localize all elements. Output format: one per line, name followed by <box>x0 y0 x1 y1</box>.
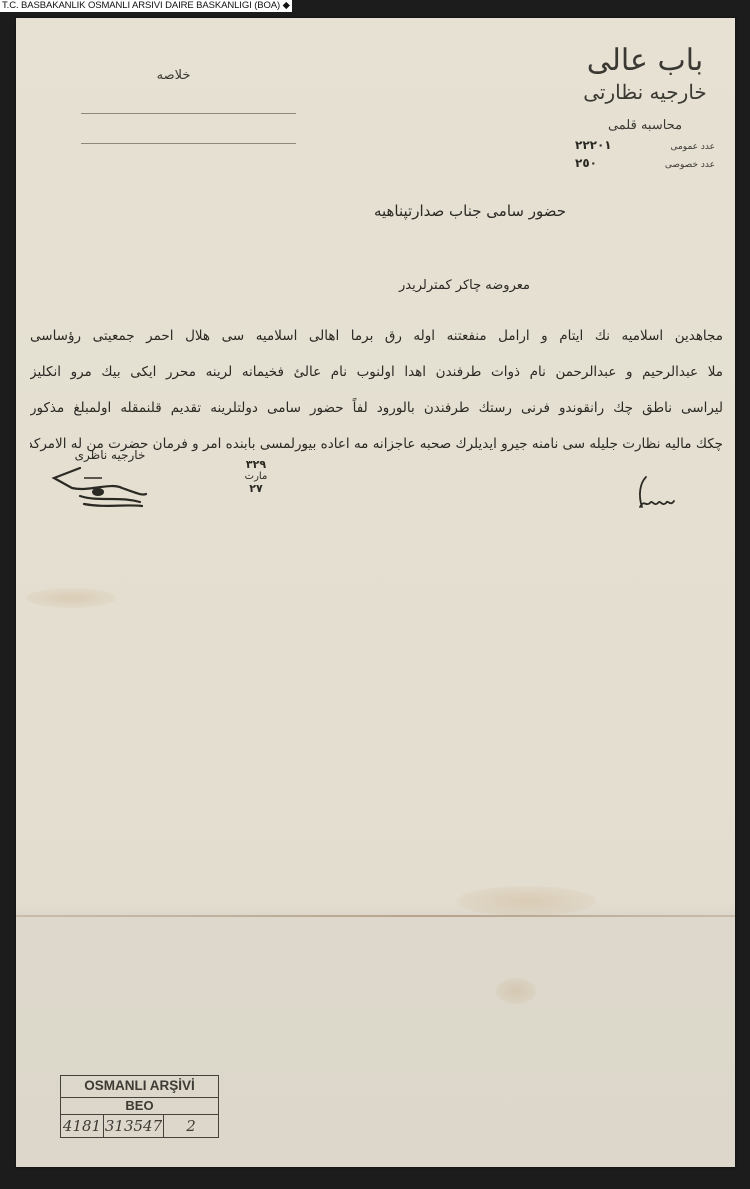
date-block: ٣٢٩ مارت ٢٧ <box>216 458 296 495</box>
document-paper: خلاصه باب عالی خارجیه نظارتی محاسبه قلمی… <box>16 18 735 1167</box>
summary-block: خلاصه <box>81 68 296 144</box>
signature-minister: خارجیه ناظری <box>40 448 160 514</box>
ref-general-value: ٢٢٢٠١ <box>575 138 612 152</box>
summary-line <box>81 143 296 144</box>
letterhead: باب عالی خارجیه نظارتی محاسبه قلمی عدد ع… <box>575 44 715 170</box>
ref-special-value: ٢٥٠ <box>575 156 597 170</box>
body-line: مجاهدین اسلامیه نك ایتام و ارامل منفعتنه… <box>30 318 723 354</box>
summary-line <box>81 113 296 114</box>
letter-body: مجاهدین اسلامیه نك ایتام و ارامل منفعتنه… <box>30 318 723 462</box>
ref-general-row: عدد عمومی ٢٢٢٠١ <box>575 138 715 152</box>
signature-title: خارجیه ناظری <box>60 448 160 462</box>
archive-header-text: T.C. BASBAKANLIK OSMANLI ARSIVI DAIRE BA… <box>2 0 290 11</box>
stamp-page-number: 2 <box>164 1115 218 1137</box>
fold-line <box>16 915 735 917</box>
office-name: محاسبه قلمی <box>575 118 715 134</box>
date-month: مارت <box>216 471 296 482</box>
ref-special-row: عدد خصوصی ٢٥٠ <box>575 156 715 170</box>
archive-header-banner: T.C. BASBAKANLIK OSMANLI ARSIVI DAIRE BA… <box>0 0 292 12</box>
archive-stamp: OSMANLI ARŞİVİ BEO 4181 313547 2 <box>60 1075 219 1138</box>
paper-stain <box>496 978 536 1004</box>
body-line: لیراسی ناطق چك رانقوندو فرنی رستك طرفندن… <box>30 390 723 426</box>
body-line: ملا عبدالرحیم و عبدالرحمن نام ذوات طرفند… <box>30 354 723 390</box>
stamp-folder-number: 4181 <box>61 1115 104 1137</box>
document-scan: T.C. BASBAKANLIK OSMANLI ARSIVI DAIRE BA… <box>0 0 750 1189</box>
salutation-line: معروضه چاکر کمترلریدر <box>399 278 530 293</box>
stamp-fund: BEO <box>61 1098 218 1115</box>
date-day: ٢٧ <box>216 482 296 495</box>
tughra-emblem: باب عالی <box>575 44 715 78</box>
addressee-line: حضور سامی جناب صدارتپناهیه <box>336 202 566 220</box>
paper-stain <box>26 588 116 608</box>
initials-signature-icon <box>634 473 694 513</box>
stamp-document-number: 313547 <box>104 1115 164 1137</box>
signature-scrawl-icon <box>50 466 150 510</box>
stamp-catalog-row: 4181 313547 2 <box>61 1115 218 1137</box>
ref-general-label: عدد عمومی <box>670 142 715 152</box>
ref-special-label: عدد خصوصی <box>665 160 715 170</box>
paper-stain <box>456 886 596 916</box>
stamp-title: OSMANLI ARŞİVİ <box>61 1076 218 1098</box>
date-year: ٣٢٩ <box>216 458 296 471</box>
ministry-name: خارجیه نظارتی <box>575 80 715 104</box>
summary-title: خلاصه <box>81 68 266 83</box>
